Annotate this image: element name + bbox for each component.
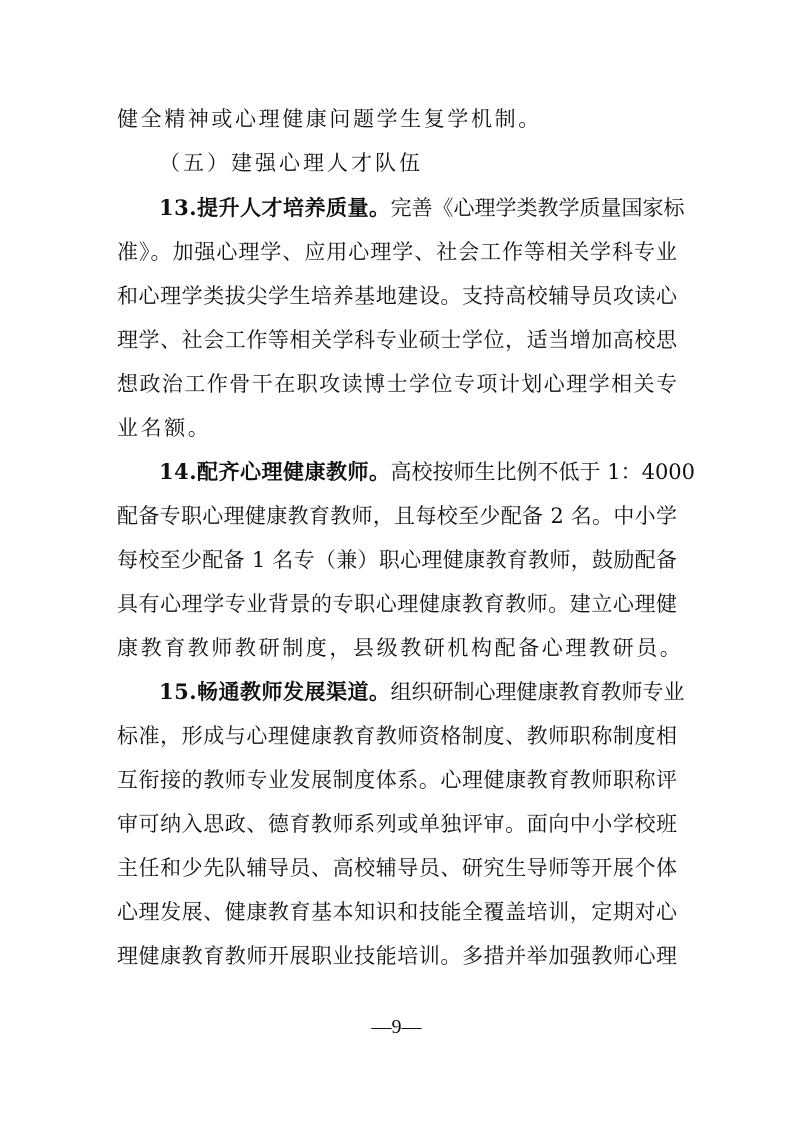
section-heading-5: （五）建强心理人才队伍 <box>159 143 423 183</box>
paragraph-line: 准》。加强心理学、应用心理学、社会工作等相关学科专业 <box>117 232 677 272</box>
text: 健全精神或心理健康问题学生复学机制。 <box>117 107 542 131</box>
item-15-first-line: 15.畅通教师发展渠道。组织研制心理健康教育教师专业 <box>159 672 677 712</box>
paragraph-line: 配备专职心理健康教育教师，且每校至少配备 2 名。中小学 <box>117 496 677 536</box>
paragraph-line: 每校至少配备 1 名专（兼）职心理健康教育教师，鼓励配备 <box>117 540 677 580</box>
paragraph-line: 康教育教师教研制度，县级教研机构配备心理教研员。 <box>117 628 683 668</box>
text: 主任和少先队辅导员、高校辅导员、研究生导师等开展个体 <box>117 856 677 880</box>
text: 和心理学类拔尖学生培养基地建设。支持高校辅导员攻读心 <box>117 284 677 308</box>
text: 准》。加强心理学、应用心理学、社会工作等相关学科专业 <box>117 240 677 264</box>
text: 高校按师生比例不低于 1：4000 <box>391 460 695 484</box>
text: 心理发展、健康教育基本知识和技能全覆盖培训，定期对心 <box>117 900 677 924</box>
paragraph-line: 健全精神或心理健康问题学生复学机制。 <box>117 99 542 139</box>
paragraph-line: 具有心理学专业背景的专职心理健康教育教师。建立心理健 <box>117 584 677 624</box>
text: 配备专职心理健康教育教师，且每校至少配备 2 名。中小学 <box>117 504 677 528</box>
paragraph-line: 理健康教育教师开展职业技能培训。多措并举加强教师心理 <box>117 936 677 976</box>
text: 理学、社会工作等相关学科专业硕士学位，适当增加高校思 <box>117 328 677 352</box>
text: 理健康教育教师开展职业技能培训。多措并举加强教师心理 <box>117 944 677 968</box>
text: 想政治工作骨干在职攻读博士学位专项计划心理学相关专 <box>117 372 677 396</box>
paragraph-line: 互衔接的教师专业发展制度体系。心理健康教育教师职称评 <box>117 760 677 800</box>
item-14-first-line: 14.配齐心理健康教师。高校按师生比例不低于 1：4000 <box>159 452 677 492</box>
heading-text: （五）建强心理人才队伍 <box>159 151 423 175</box>
page-number: —9— <box>0 1012 793 1042</box>
item-15-title: 15.畅通教师发展渠道。 <box>159 679 391 704</box>
paragraph-line: 理学、社会工作等相关学科专业硕士学位，适当增加高校思 <box>117 320 677 360</box>
text: 组织研制心理健康教育教师专业 <box>391 680 685 704</box>
text: 标准，形成与心理健康教育教师资格制度、教师职称制度相 <box>117 724 677 748</box>
text: 具有心理学专业背景的专职心理健康教育教师。建立心理健 <box>117 592 677 616</box>
text: 业名额。 <box>117 416 211 440</box>
paragraph-line: 主任和少先队辅导员、高校辅导员、研究生导师等开展个体 <box>117 848 677 888</box>
item-13-title: 13.提升人才培养质量。 <box>159 195 391 220</box>
paragraph-line: 想政治工作骨干在职攻读博士学位专项计划心理学相关专 <box>117 364 677 404</box>
paragraph-line: 和心理学类拔尖学生培养基地建设。支持高校辅导员攻读心 <box>117 276 677 316</box>
text: 完善《心理学类教学质量国家标 <box>391 196 685 220</box>
paragraph-line: 审可纳入思政、德育教师系列或单独评审。面向中小学校班 <box>117 804 677 844</box>
paragraph-line: 心理发展、健康教育基本知识和技能全覆盖培训，定期对心 <box>117 892 677 932</box>
text: 互衔接的教师专业发展制度体系。心理健康教育教师职称评 <box>117 768 677 792</box>
item-14-title: 14.配齐心理健康教师。 <box>159 459 391 484</box>
paragraph-line: 业名额。 <box>117 408 211 448</box>
text: 康教育教师教研制度，县级教研机构配备心理教研员。 <box>117 636 683 660</box>
text: 审可纳入思政、德育教师系列或单独评审。面向中小学校班 <box>117 812 677 836</box>
text: 每校至少配备 1 名专（兼）职心理健康教育教师，鼓励配备 <box>117 548 677 572</box>
item-13-first-line: 13.提升人才培养质量。完善《心理学类教学质量国家标 <box>159 188 677 228</box>
paragraph-line: 标准，形成与心理健康教育教师资格制度、教师职称制度相 <box>117 716 677 756</box>
